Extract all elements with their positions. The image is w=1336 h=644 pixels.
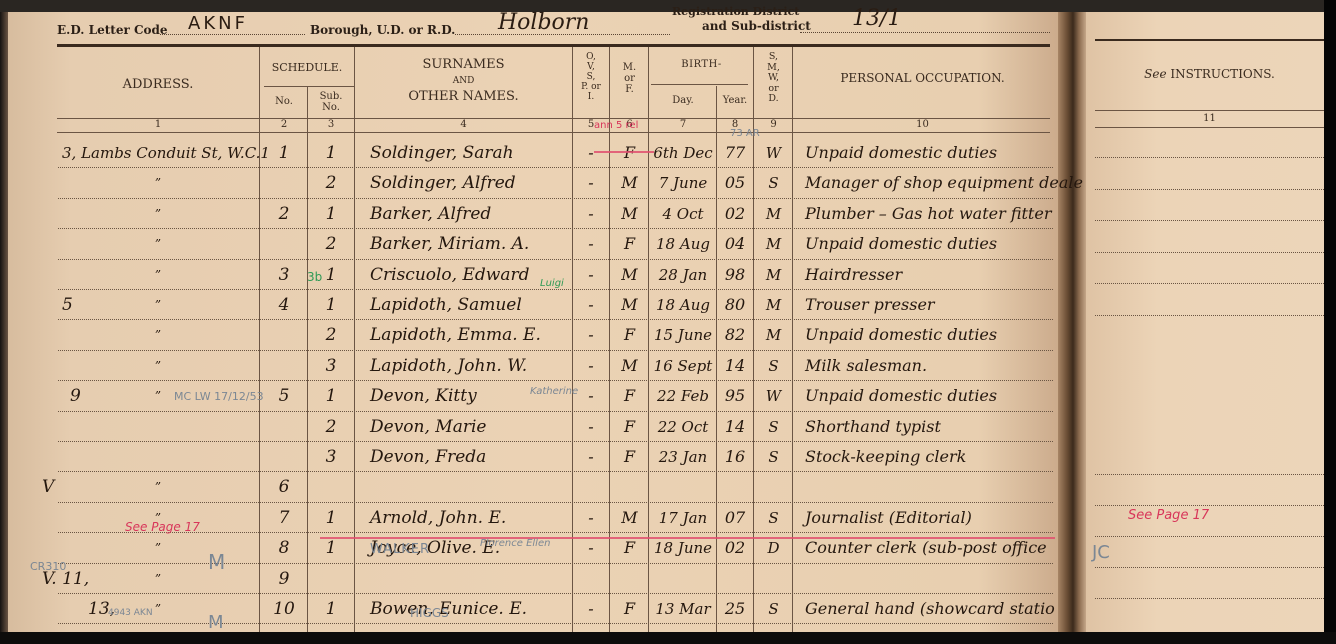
cell-marital: S	[755, 447, 792, 467]
colnum-rule-right	[1095, 127, 1324, 128]
cell-day: 18 Aug	[650, 234, 716, 254]
cell-day: 15 June	[650, 325, 716, 345]
column-number: 2	[262, 119, 306, 130]
instructions-prefix: See	[1144, 67, 1166, 81]
cell-sub: 1	[308, 599, 354, 619]
col-divider-sex	[648, 47, 649, 632]
cell-sex: F	[611, 538, 648, 558]
cell-ovspi: -	[574, 538, 608, 558]
cell-name: Devon, Marie	[370, 417, 570, 437]
column-number: 7	[650, 119, 716, 130]
ed-letter-code-label: E.D. Letter Code	[57, 23, 168, 37]
col-schedule-no: No.	[262, 96, 306, 107]
cell-name: Lapidoth, Emma. E.	[370, 325, 570, 345]
cell-address: ”	[60, 569, 256, 589]
row-divider	[58, 532, 1053, 533]
col-sex-3: F.	[611, 84, 648, 95]
cell-address: ”	[60, 204, 256, 224]
col-birth: BIRTH-	[650, 59, 753, 70]
cell-occupation: Hairdresser	[805, 265, 1055, 285]
cell-year: 05	[717, 173, 753, 193]
cell-name: Arnold, John. E.	[370, 508, 570, 528]
right-row-divider	[1095, 157, 1324, 158]
annotation-right-jc: JC	[1092, 542, 1110, 563]
col-surnames: SURNAMES AND OTHER NAMES.	[356, 56, 571, 106]
cell-sex: F	[611, 599, 648, 619]
row-divider	[58, 502, 1053, 503]
cell-sex: M	[611, 356, 648, 376]
annotation-right-see-page: See Page 17	[1128, 508, 1209, 523]
cell-schedule: 3	[262, 265, 306, 285]
cell-year: 14	[717, 417, 753, 437]
registration-label-1: Registration District	[672, 5, 799, 18]
annotation-green-luigi: Luigi	[540, 278, 564, 289]
cell-sub: 1	[308, 508, 354, 528]
cell-year: 07	[717, 508, 753, 528]
column-number: 11	[1095, 113, 1324, 124]
cell-marital: D	[755, 538, 792, 558]
annotation-grey-florence: Florence Ellen	[480, 538, 550, 549]
cell-address: 3, Lambs Conduit St, W.C.1	[62, 143, 258, 163]
annotation-grey-higgs: HIGGS	[410, 606, 449, 620]
annotation-grey-cr310: CR310	[30, 560, 66, 573]
cell-year: 77	[717, 143, 753, 163]
instructions-label: INSTRUCTIONS.	[1170, 67, 1274, 81]
col-ovspi-2: V,	[574, 62, 608, 72]
col-ovspi-5: I.	[574, 92, 608, 102]
cell-marital: W	[755, 143, 792, 163]
col-ovspi: O, V, S, P. or I.	[574, 52, 608, 102]
cell-name: Bowen, Eunice. E.	[370, 599, 570, 619]
col-sex-2: or	[611, 73, 648, 84]
column-number: 9	[755, 119, 792, 130]
annotation-grey-m1: M	[208, 550, 225, 574]
cell-ovspi: -	[574, 265, 608, 285]
cell-day: 18 Aug	[650, 295, 716, 315]
cell-occupation: Manager of shop equipment deale	[805, 173, 1055, 193]
strike-row13	[320, 537, 1055, 539]
cell-occupation: Unpaid domestic duties	[805, 386, 1055, 406]
schedule-subrule	[264, 86, 354, 87]
row-divider	[58, 228, 1053, 229]
cell-sex: M	[611, 508, 648, 528]
cell-ovspi: -	[574, 143, 608, 163]
right-row-divider	[1095, 283, 1324, 284]
cell-sub: 1	[308, 295, 354, 315]
cell-sub: 1	[308, 143, 354, 163]
birth-subrule	[651, 84, 748, 85]
col-surnames-line3: OTHER NAMES.	[356, 88, 571, 106]
cell-sex: M	[611, 265, 648, 285]
annotation-red-top: ann 5 rel	[594, 120, 638, 131]
col-marital-5: D.	[755, 94, 792, 105]
cell-ovspi: -	[574, 508, 608, 528]
cell-marital: S	[755, 173, 792, 193]
col-marital-1: S,	[755, 52, 792, 63]
cell-marital: M	[755, 265, 792, 285]
cell-sub: 2	[308, 325, 354, 345]
col-divider-address	[259, 47, 260, 632]
registration-dotline	[800, 32, 1050, 33]
cell-day: 16 Sept	[650, 356, 716, 376]
cell-sub: 2	[308, 173, 354, 193]
right-row-divider	[1095, 315, 1324, 316]
col-marital: S, M, W, or D.	[755, 52, 792, 105]
cell-day: 7 June	[650, 173, 716, 193]
cell-day: 28 Jan	[650, 265, 716, 285]
cell-marital: S	[755, 508, 792, 528]
cell-address: ”	[60, 234, 256, 254]
cell-sex: F	[611, 386, 648, 406]
cell-address: ”	[60, 538, 256, 558]
cell-name: Barker, Miriam. A.	[370, 234, 570, 254]
cell-address: ”	[60, 477, 256, 497]
row-divider	[58, 289, 1053, 290]
cell-ovspi: -	[574, 447, 608, 467]
annotation-grey-top: 73 AR	[730, 128, 760, 139]
cell-address: ”	[60, 295, 256, 315]
column-number: 3	[308, 119, 354, 130]
borough-value: Holborn	[498, 10, 589, 35]
colhead-rule-right	[1095, 110, 1324, 111]
annotation-green-sched: 3b	[307, 270, 322, 284]
cell-occupation: Counter clerk (sub-post office	[805, 538, 1055, 558]
column-number: 10	[795, 119, 1050, 130]
cell-sub: 2	[308, 234, 354, 254]
cell-address: ”	[60, 325, 256, 345]
col-ovspi-3: S,	[574, 72, 608, 82]
cell-schedule: 4	[262, 295, 306, 315]
cell-name: Barker, Alfred	[370, 204, 570, 224]
register-right-page	[1086, 12, 1324, 632]
annotation-grey-akn: 4943 AKN	[108, 608, 153, 618]
row-divider	[58, 259, 1053, 260]
cell-marital: M	[755, 325, 792, 345]
cell-sex: M	[611, 295, 648, 315]
col-ovspi-1: O,	[574, 52, 608, 62]
cell-year: 82	[717, 325, 753, 345]
cell-sub: 3	[308, 356, 354, 376]
right-row-divider	[1095, 189, 1324, 190]
cell-address: ”	[60, 356, 256, 376]
right-frame	[1324, 0, 1336, 644]
row-divider	[58, 350, 1053, 351]
cell-sub: 1	[308, 538, 354, 558]
cell-sex: F	[611, 417, 648, 437]
cell-sub: 3	[308, 447, 354, 467]
annotation-grey-mc: MC LW 17/12/53	[174, 390, 264, 403]
cell-schedule: 6	[262, 477, 306, 497]
cell-day: 22 Oct	[650, 417, 716, 437]
cell-sex: M	[611, 204, 648, 224]
header-rule-right	[1095, 39, 1324, 41]
cell-ovspi: -	[574, 204, 608, 224]
cell-day: 17 Jan	[650, 508, 716, 528]
cell-year: 95	[717, 386, 753, 406]
cell-day: 4 Oct	[650, 204, 716, 224]
cell-occupation: Trouser presser	[805, 295, 1055, 315]
row-divider	[58, 411, 1053, 412]
right-row-divider	[1095, 474, 1324, 475]
col-sex: M. or F.	[611, 62, 648, 95]
registration-label-2: and Sub-district	[702, 19, 811, 33]
row-divider	[58, 441, 1053, 442]
cell-schedule: 1	[262, 143, 306, 163]
cell-address: ”	[60, 173, 256, 193]
cell-year: 80	[717, 295, 753, 315]
col-sub-line2: No.	[308, 102, 354, 113]
column-number: 1	[60, 119, 256, 130]
cell-year: 14	[717, 356, 753, 376]
annotation-grey-walker: WALKER	[370, 542, 430, 557]
cell-year: 02	[717, 538, 753, 558]
cell-occupation: Shorthand typist	[805, 417, 1055, 437]
col-divider-marital	[792, 47, 793, 632]
cell-schedule: 7	[262, 508, 306, 528]
cell-ovspi: -	[574, 356, 608, 376]
cell-sex: F	[611, 143, 648, 163]
col-divider-ovspi	[609, 47, 610, 632]
cell-sex: F	[611, 234, 648, 254]
cell-sub: 1	[308, 386, 354, 406]
row-divider	[58, 198, 1053, 199]
cell-ovspi: -	[574, 295, 608, 315]
annotation-grey-m2: M	[208, 612, 224, 633]
col-surnames-line2: AND	[356, 74, 571, 88]
cell-occupation: Journalist (Editorial)	[805, 508, 1055, 528]
col-divider-names	[572, 47, 573, 632]
col-divider-sub	[354, 47, 355, 632]
top-frame	[0, 0, 1336, 12]
cell-day: 23 Jan	[650, 447, 716, 467]
cell-schedule: 10	[262, 599, 306, 619]
cell-occupation: Milk salesman.	[805, 356, 1055, 376]
cell-schedule: 2	[262, 204, 306, 224]
right-row-divider	[1095, 505, 1324, 506]
col-surnames-line1: SURNAMES	[356, 56, 571, 74]
cell-year: 16	[717, 447, 753, 467]
bottom-frame	[0, 632, 1336, 644]
cell-sub: 2	[308, 417, 354, 437]
cell-occupation: Unpaid domestic duties	[805, 325, 1055, 345]
right-row-divider	[1095, 598, 1324, 599]
row-divider	[58, 319, 1053, 320]
cell-occupation: Plumber – Gas hot water fitter	[805, 204, 1055, 224]
cell-day: 22 Feb	[650, 386, 716, 406]
col-occupation: PERSONAL OCCUPATION.	[795, 72, 1050, 85]
column-number: 4	[356, 119, 571, 130]
cell-schedule: 9	[262, 569, 306, 589]
cell-ovspi: -	[574, 386, 608, 406]
cell-name: Soldinger, Sarah	[370, 143, 570, 163]
cell-sub: 1	[308, 204, 354, 224]
cell-ovspi: -	[574, 234, 608, 254]
cell-ovspi: -	[574, 417, 608, 437]
ed-code-dotline	[160, 34, 305, 35]
book-gutter	[1058, 12, 1088, 632]
cell-marital: S	[755, 599, 792, 619]
row-divider	[58, 593, 1053, 594]
cell-occupation: Unpaid domestic duties	[805, 234, 1055, 254]
cell-ovspi: -	[574, 173, 608, 193]
col-sub-line1: Sub.	[308, 91, 354, 102]
cell-marital: W	[755, 386, 792, 406]
row-divider	[58, 471, 1053, 472]
cell-address: ”	[60, 599, 256, 619]
cell-name: Lapidoth, John. W.	[370, 356, 570, 376]
right-row-divider	[1095, 220, 1324, 221]
right-row-divider	[1095, 536, 1324, 537]
cell-day: 13 Mar	[650, 599, 716, 619]
cell-ovspi: -	[574, 599, 608, 619]
cell-marital: M	[755, 204, 792, 224]
cell-marital: S	[755, 356, 792, 376]
registration-value: 13/1	[852, 6, 901, 31]
cell-marital: M	[755, 295, 792, 315]
col-ovspi-4: P. or	[574, 82, 608, 92]
cell-address: ”	[60, 265, 256, 285]
colnum-rule	[57, 132, 1050, 133]
cell-schedule: 8	[262, 538, 306, 558]
cell-sex: F	[611, 447, 648, 467]
cell-sex: M	[611, 173, 648, 193]
cell-year: 02	[717, 204, 753, 224]
cell-name: Devon, Freda	[370, 447, 570, 467]
ed-letter-code-value: AKNF	[188, 13, 248, 34]
header-rule-left	[57, 44, 1050, 47]
cell-schedule: 5	[262, 386, 306, 406]
borough-label: Borough, U.D. or R.D.	[310, 23, 455, 37]
cell-year: 04	[717, 234, 753, 254]
col-address: ADDRESS.	[60, 78, 256, 91]
cell-marital: S	[755, 417, 792, 437]
cell-day: 18 June	[650, 538, 716, 558]
cell-marital: M	[755, 234, 792, 254]
col-birth-year: Year.	[717, 95, 753, 106]
cell-day: 6th Dec	[650, 143, 716, 163]
cell-occupation: General hand (showcard statio	[805, 599, 1055, 619]
row-divider	[58, 380, 1053, 381]
cell-year: 98	[717, 265, 753, 285]
cell-sex: F	[611, 325, 648, 345]
cell-year: 25	[717, 599, 753, 619]
right-row-divider	[1095, 252, 1324, 253]
col-sub-no: Sub. No.	[308, 91, 354, 113]
cell-ovspi: -	[574, 325, 608, 345]
cell-name: Lapidoth, Samuel	[370, 295, 570, 315]
col-sex-1: M.	[611, 62, 648, 73]
annotation-grey-katherine: Katherine	[530, 386, 578, 397]
cell-occupation: Stock-keeping clerk	[805, 447, 1055, 467]
row-divider	[58, 167, 1053, 168]
cell-occupation: Unpaid domestic duties	[805, 143, 1055, 163]
right-row-divider	[1095, 567, 1324, 568]
annotation-red-see-page: See Page 17	[125, 520, 200, 534]
book-left-edge	[0, 12, 8, 632]
col-schedule: SCHEDULE.	[262, 62, 352, 73]
cell-name: Soldinger, Alfred	[370, 173, 570, 193]
strike-row1	[594, 151, 654, 153]
col-marital-3: W,	[755, 73, 792, 84]
col-birth-day: Day.	[650, 95, 716, 106]
col-instructions: See INSTRUCTIONS.	[1095, 68, 1324, 81]
